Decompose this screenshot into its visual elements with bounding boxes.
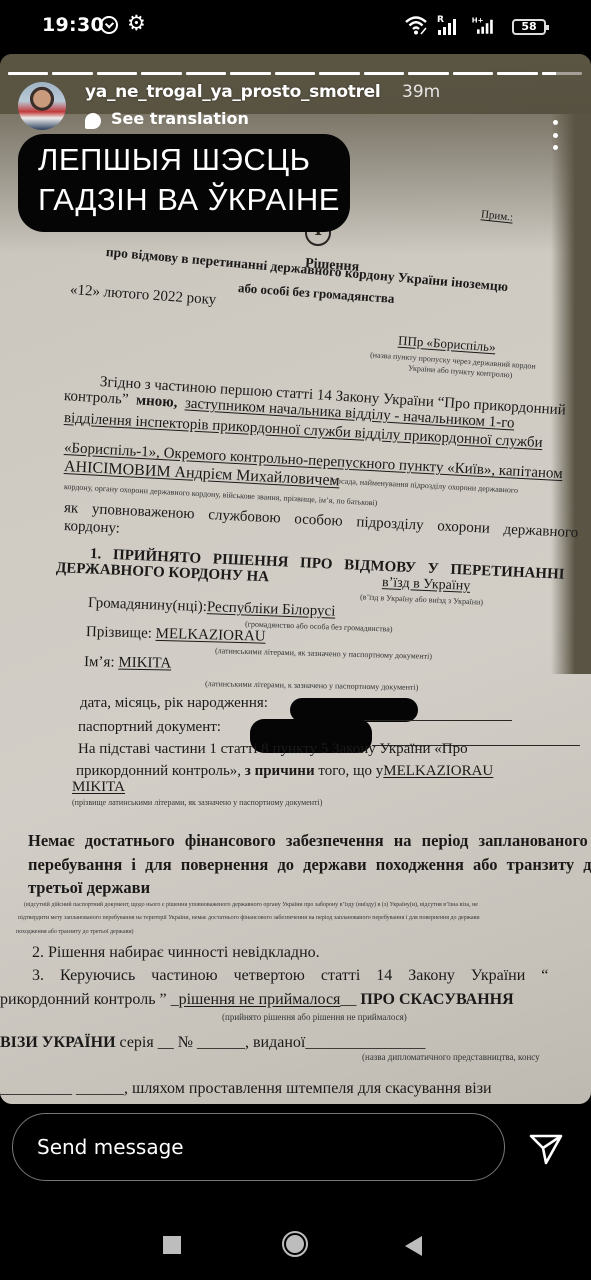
doc-caption: (назва дипломатичного представництва, ко… xyxy=(362,1052,540,1062)
doc-text: того, що у xyxy=(318,763,383,779)
doc-text: ВІЗИ УКРАЇНИ xyxy=(0,1034,116,1051)
signal-hplus-icon: H+ xyxy=(470,14,498,36)
doc-caption: (прийнято рішення або рішення не приймал… xyxy=(222,1012,407,1022)
doc-caption: (латинськими літерами, к зазначено у пас… xyxy=(205,679,418,692)
doc-entry-value: в’їзд в Україну xyxy=(382,575,471,595)
story-progress-segment xyxy=(275,72,315,75)
battery-icon: 58 xyxy=(512,19,546,35)
alarm-icon xyxy=(100,16,118,34)
svg-text:H+: H+ xyxy=(472,16,484,24)
status-time: 19:30 xyxy=(42,14,104,36)
doc-basis-name: MIKITA xyxy=(72,779,125,796)
text-sticker: ЛЕПШЫЯ ШЭСЦЬ ГАДЗІН ВА ЎКРАІНЕ xyxy=(18,134,350,232)
doc-text: прикордонний контроль», xyxy=(76,763,241,779)
doc-checkpoint: ППр «Бориспіль» xyxy=(398,333,497,356)
story-progress-segment xyxy=(97,72,137,75)
doc-item-3-line-2: рикордонний контроль ” _рішення не прийм… xyxy=(0,991,514,1009)
doc-text: ПРО СКАСУВАННЯ xyxy=(360,991,513,1008)
doc-caption: (громадянство або особа без громадянства… xyxy=(245,619,393,633)
doc-item-2: 2. Рішення набирає чинності невідкладно. xyxy=(32,944,320,962)
story-progress-segment xyxy=(542,72,582,75)
story-header: ya_ne_trogal_ya_prosto_smotrel 39m See t… xyxy=(18,80,578,136)
doc-dob-label: дата, місяць, рік народження: xyxy=(80,695,268,712)
status-bar: 19:30 ⚙ R H+ 58 xyxy=(0,0,591,52)
doc-reason-line: Немає достатнього фінансового забезпечен… xyxy=(28,831,588,851)
doc-caption: (відсутній дійсний паспортний документ, … xyxy=(24,902,478,908)
signal-roaming-icon: R xyxy=(436,14,464,36)
recents-icon[interactable] xyxy=(163,1236,181,1254)
doc-text: з причини xyxy=(245,763,315,779)
doc-caption: підтвердити мету запланованого перебуван… xyxy=(18,915,480,921)
username[interactable]: ya_ne_trogal_ya_prosto_smotrel xyxy=(85,82,380,102)
sticker-line-1: ЛЕПШЫЯ ШЭСЦЬ xyxy=(38,142,311,178)
doc-surname-value: MELKAZIORAU xyxy=(155,626,265,645)
doc-label: Ім’я: xyxy=(84,654,115,671)
doc-name-line: Ім’я: MIKITA xyxy=(84,654,172,673)
story-viewer[interactable]: Прим.: Рішення про відмову в перетинанні… xyxy=(0,54,591,1104)
doc-citizen-line: Громадянину(нці):Республіки Білорусі xyxy=(88,595,336,621)
doc-text: рішення не приймалося xyxy=(179,991,341,1008)
doc-text: контроль” xyxy=(64,388,129,408)
story-progress-segment xyxy=(141,72,181,75)
doc-label: Прізвище: xyxy=(86,624,152,642)
story-progress-segment xyxy=(8,72,48,75)
doc-basis-line-2: прикордонний контроль», з причини того, … xyxy=(76,763,493,780)
story-progress-segment xyxy=(497,72,537,75)
doc-visa-line-2: _________ ______, шляхом проставлення шт… xyxy=(0,1080,492,1098)
send-message-input[interactable]: Send message xyxy=(12,1113,505,1181)
see-translation-link[interactable]: See translation xyxy=(111,109,249,128)
story-progress-segment xyxy=(453,72,493,75)
doc-citizen-value: Республіки Білорусі xyxy=(207,599,336,619)
send-icon[interactable] xyxy=(528,1133,564,1165)
doc-item-3: 3. Керуючись частиною четвертою статті 1… xyxy=(32,967,548,985)
story-progress xyxy=(8,72,582,76)
doc-name-value: MIKITA xyxy=(118,655,171,672)
gear-icon: ⚙ xyxy=(127,13,146,35)
doc-reason-line: третьої держави xyxy=(28,878,150,898)
doc-subtitle-2: або особі без громадянства xyxy=(237,280,394,307)
doc-caption: (латинськими літерами, як зазначено у па… xyxy=(215,646,432,661)
story-progress-segment xyxy=(408,72,448,75)
wifi-icon xyxy=(404,14,428,36)
doc-prim: Прим.: xyxy=(480,208,513,223)
doc-paragraph-line: кордону: xyxy=(64,518,121,538)
avatar[interactable] xyxy=(18,82,66,130)
home-icon[interactable] xyxy=(282,1231,308,1257)
story-progress-segment xyxy=(364,72,404,75)
story-time: 39m xyxy=(402,82,440,102)
doc-label: Громадянину(нці): xyxy=(88,595,207,615)
sticker-line-2: ГАДЗІН ВА ЎКРАІНЕ xyxy=(38,182,340,218)
story-progress-segment xyxy=(186,72,226,75)
story-progress-segment xyxy=(319,72,359,75)
doc-text: мною, xyxy=(135,392,177,411)
doc-visa-line: ВІЗИ УКРАЇНИ серія __ № ______, виданої_… xyxy=(0,1034,425,1052)
doc-date: «12» лютого 2022 року xyxy=(69,282,216,309)
doc-paragraph-line: як уповноваженою службовою особою підроз… xyxy=(64,500,579,542)
more-options-icon[interactable] xyxy=(550,120,560,150)
svg-text:R: R xyxy=(437,15,444,25)
doc-caption: походження або транзиту до третьої держа… xyxy=(16,929,134,935)
doc-caption: (прізвище латинськими літерами, як зазна… xyxy=(72,798,322,807)
doc-passport-label: паспортний документ: xyxy=(78,719,221,736)
doc-surname-line: Прізвище: MELKAZIORAU xyxy=(86,624,266,646)
doc-basis-line: На підставі частини 1 статті 8 пункту 5 … xyxy=(78,741,468,758)
doc-reason-line: перебування і для повернення до держави … xyxy=(28,855,591,875)
story-progress-segment xyxy=(52,72,92,75)
doc-text: рикордонний контроль ” xyxy=(0,991,167,1008)
doc-basis-surname: MELKAZIORAU xyxy=(383,763,493,779)
translate-icon[interactable] xyxy=(85,113,101,129)
message-placeholder: Send message xyxy=(37,1135,184,1159)
story-progress-segment xyxy=(230,72,270,75)
doc-text: серія __ № ______, виданої xyxy=(120,1034,306,1051)
back-icon[interactable] xyxy=(405,1236,422,1256)
